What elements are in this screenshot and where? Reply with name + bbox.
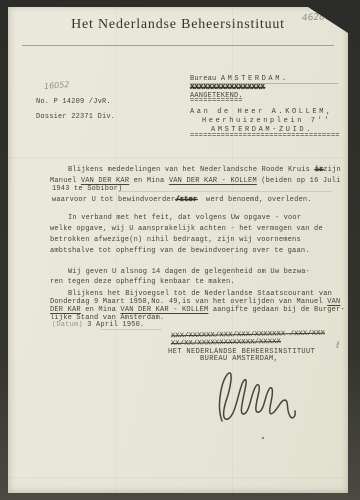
p1-text: waarvoor U tot bewindvoerder	[52, 196, 175, 204]
p4-text: Donderdag 9 Maart 1950,No. 49,is van het…	[50, 298, 327, 306]
p1-struck-text: is	[314, 166, 323, 174]
letterhead-title: Het Nederlandse Beheersinstituut	[8, 21, 348, 29]
scanned-letter: Het Nederlandse Beheersinstituut 4628 16…	[0, 0, 360, 500]
bureau-label: Bureau	[190, 75, 221, 83]
p4-text: aangifte gedaan bij de Burger-	[208, 306, 344, 314]
paragraph-4-line-1: Blijkens het Bijvoegsel tot de Nederland…	[68, 290, 332, 298]
paragraph-1-line-1: Blijkens mededelingen van het Nederlands…	[68, 166, 341, 174]
paragraph-2-line-3: betrokken afwezige(n) nihil bedraagt, zi…	[50, 236, 301, 244]
bureau-city: AMSTERDAM.	[221, 75, 289, 83]
letterhead-rule	[22, 45, 334, 46]
underlined-name: VAN	[327, 298, 340, 306]
ruled-line	[118, 191, 332, 192]
p1-text: Blijkens mededelingen van het Nederlands…	[68, 166, 314, 174]
paragraph-2-line-1: In verband met het feit, dat volgens Uw …	[68, 214, 301, 222]
letter-paper: Het Nederlandse Beheersinstituut 4628 16…	[8, 7, 348, 493]
p1-text: (beiden op 16 Juli	[257, 177, 341, 185]
date-underline	[100, 329, 162, 330]
p1-struck-text: /ster	[175, 196, 197, 204]
paragraph-2-line-2: welke opgave, wij U aansprakelijk achten…	[50, 225, 323, 233]
recipient-street: Heerhuizenplein 7''	[202, 117, 331, 125]
paragraph-1-line-2: Manuel VAN DER KAR en Mina VAN DER KAR -…	[50, 177, 340, 185]
p1-text: zijn	[323, 166, 341, 174]
paragraph-4-line-2: Donderdag 9 Maart 1950,No. 49,is van het…	[50, 298, 340, 306]
reference-number: No. P 14209 /JvR.	[36, 98, 111, 106]
struck-out-word: XXXXXXXXXXXXXXXXX	[190, 84, 265, 92]
registered-underline: ============	[190, 97, 243, 105]
date-value: 3 April 1950.	[83, 321, 145, 329]
pencil-mark: ℓ	[336, 341, 340, 351]
underlined-name: DER KAR	[50, 306, 81, 314]
paragraph-3-line-1: Wij geven U alsnog 14 dagen de gelegenhe…	[68, 268, 310, 276]
date-label: (Datum)	[52, 321, 83, 329]
struck-out-line: XX/XX/XXXXXXXXXXXXX/XXXXX	[171, 338, 281, 348]
p1-text: Manuel	[50, 177, 81, 185]
handwritten-corner-number: 4628	[302, 12, 326, 24]
paragraph-1-line-3: 1943 te Sobibor)	[52, 185, 122, 193]
dossier-number: Dossier 22371 Div.	[36, 113, 115, 121]
paragraph-3-line-2: ren tegen deze opheffing kenbaar te make…	[50, 278, 235, 286]
p4-text: en Mina	[81, 306, 121, 314]
underlined-name: VAN DER KAR - KOLLEM	[169, 177, 257, 185]
p1-text: en Mina	[129, 177, 169, 185]
underlined-name: VAN DER KAR	[81, 177, 129, 185]
handwritten-file-number: 16052	[44, 80, 70, 91]
paragraph-2-line-4: ambtshalve tot opheffing van de bewindvo…	[50, 247, 310, 255]
date-line: (Datum) 3 April 1950.	[52, 321, 144, 329]
paragraph-1-line-4: waarvoor U tot bewindvoerder/ster werd b…	[52, 196, 312, 204]
horizontal-fold	[8, 477, 348, 478]
handwritten-signature	[206, 359, 326, 444]
address-underline: ==================================	[190, 132, 340, 140]
paragraph-4-line-3: DER KAR en Mina VAN DER KAR - KOLLEM aan…	[50, 306, 345, 314]
recipient-name: Aan de Heer A.KOLLEM,	[190, 108, 333, 116]
p1-text: werd benoemd, overleden.	[197, 196, 311, 204]
bureau-line: Bureau AMSTERDAM.	[190, 75, 289, 83]
underlined-name: VAN DER KAR - KOLLEM	[120, 306, 208, 314]
signature-ink	[206, 359, 326, 444]
horizontal-fold	[8, 157, 348, 158]
